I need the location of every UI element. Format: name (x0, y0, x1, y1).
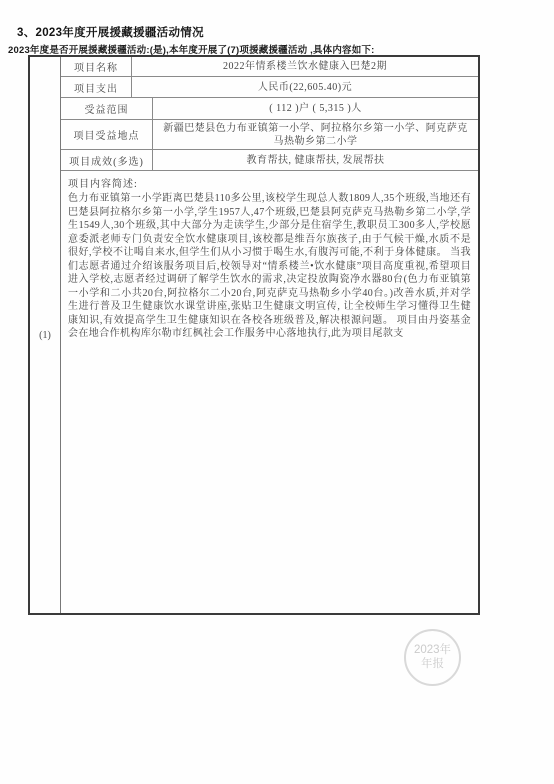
project-index-cell: (1) (30, 57, 61, 613)
table-row-project-results: 项目成效(多选) 教育帮扶, 健康帮扶, 发展帮扶 (61, 150, 478, 171)
table-row-benefit-scope: 受益范围 ( 112 )户 ( 5,315 )人 (61, 98, 478, 120)
row-value-project-name: 2022年情系楼兰饮水健康入巴楚2期 (132, 57, 478, 76)
project-summary-cell: 项目内容简述: 色力布亚镇第一小学距离巴楚县110多公里,该校学生现总人数180… (61, 171, 478, 613)
row-label-project-results: 项目成效(多选) (61, 150, 153, 170)
project-table: (1) 项目名称 2022年情系楼兰饮水健康入巴楚2期 项目支出 人民币(22,… (28, 55, 480, 615)
table-row-project-expense: 项目支出 人民币(22,605.40)元 (61, 77, 478, 98)
table-row-benefit-location: 项目受益地点 新疆巴楚县色力布亚镇第一小学、阿拉格尔乡第一小学、阿克萨克马热勒乡… (61, 120, 478, 150)
row-value-benefit-scope: ( 112 )户 ( 5,315 )人 (153, 98, 478, 119)
project-index-label: (1) (39, 330, 51, 341)
row-value-benefit-location: 新疆巴楚县色力布亚镇第一小学、阿拉格尔乡第一小学、阿克萨克马热勒乡第二小学 (153, 120, 478, 149)
summary-text: 色力布亚镇第一小学距离巴楚县110多公里,该校学生现总人数1809人,35个班级… (68, 192, 471, 341)
watermark-label: 年报 (421, 658, 444, 672)
row-label-project-name: 项目名称 (61, 57, 132, 76)
row-value-project-expense: 人民币(22,605.40)元 (132, 77, 478, 97)
section-subtitle: 2023年度是否开展援藏援疆活动:(是),本年度开展了(7)项援藏援疆活动 ,具… (8, 42, 375, 56)
row-label-project-expense: 项目支出 (61, 77, 132, 97)
project-table-body: 项目名称 2022年情系楼兰饮水健康入巴楚2期 项目支出 人民币(22,605.… (61, 57, 478, 613)
summary-label: 项目内容简述: (68, 175, 471, 190)
table-row-project-name: 项目名称 2022年情系楼兰饮水健康入巴楚2期 (61, 57, 478, 77)
row-label-benefit-location: 项目受益地点 (61, 120, 153, 149)
scanned-report-page: 3、2023年度开展援藏援疆活动情况 2023年度是否开展援藏援疆活动:(是),… (0, 0, 554, 784)
row-value-project-results: 教育帮扶, 健康帮扶, 发展帮扶 (153, 150, 478, 170)
row-label-benefit-scope: 受益范围 (61, 98, 153, 119)
annual-report-watermark: 2023年 年报 (404, 629, 461, 686)
watermark-year: 2023年 (414, 644, 451, 658)
section-title: 3、2023年度开展援藏援疆活动情况 (17, 24, 204, 40)
